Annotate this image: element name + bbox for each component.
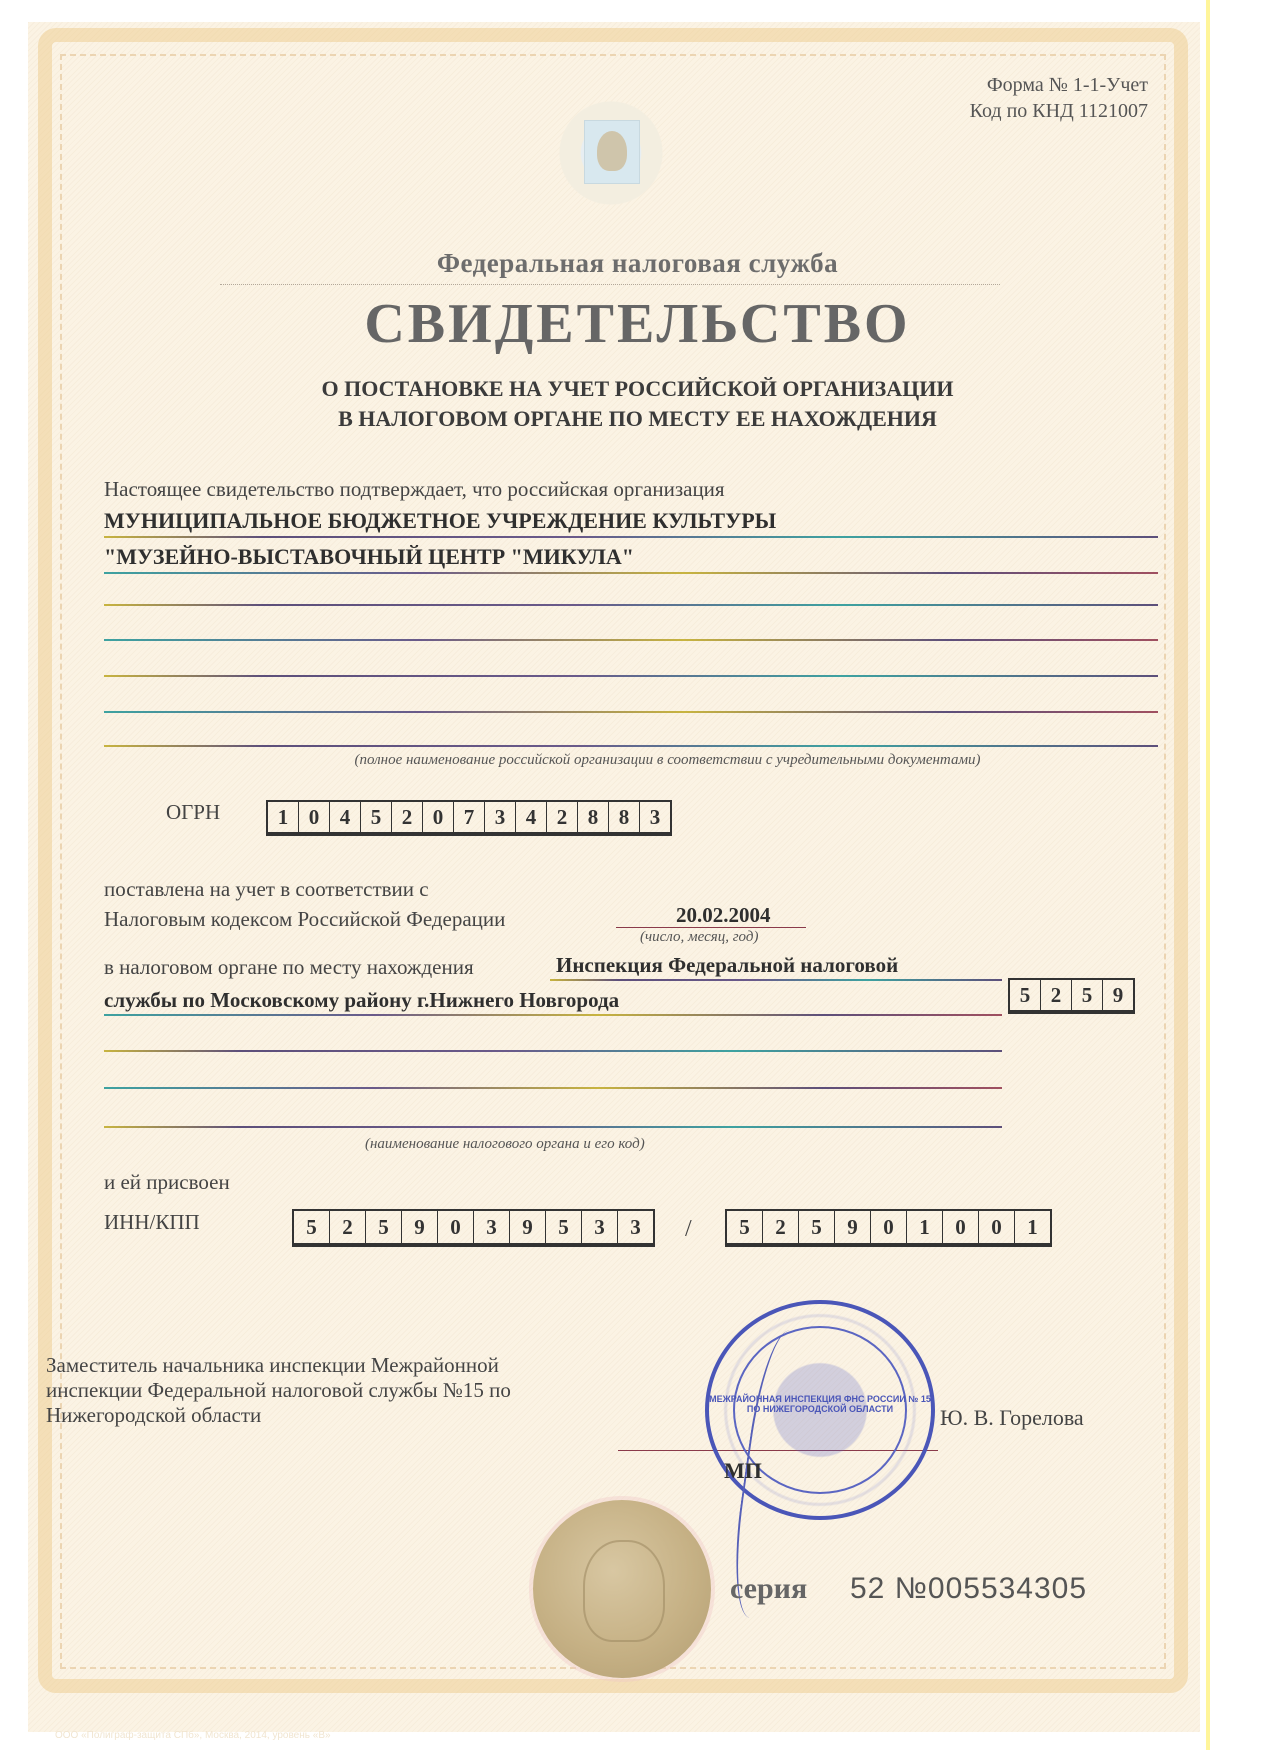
digit-cell: 7 [454, 802, 485, 832]
subtitle-line-1: О ПОСТАНОВКЕ НА УЧЕТ РОССИЙСКОЙ ОРГАНИЗА… [0, 374, 1275, 404]
digit-cell: 0 [979, 1211, 1015, 1243]
ogrn-label: ОГРН [166, 800, 220, 825]
knd-code: Код по КНД 1121007 [970, 98, 1148, 124]
digit-cell: 1 [907, 1211, 943, 1243]
underline [104, 604, 1158, 606]
digit-cell: 8 [578, 802, 609, 832]
stamp-text: МЕЖРАЙОННАЯ ИНСПЕКЦИЯ ФНС РОССИИ № 15 ПО… [709, 1394, 931, 1414]
inn-cells: 5259039533 [292, 1209, 655, 1245]
tax-authority-caption: (наименование налогового органа и его ко… [365, 1136, 645, 1153]
tax-authority-name-line-2: службы по Московскому району г.Нижнего Н… [104, 988, 619, 1013]
digit-cell: 3 [485, 802, 516, 832]
eagle-icon [597, 131, 627, 171]
digit-cell: 0 [438, 1211, 474, 1243]
subtitle-line-2: В НАЛОГОВОМ ОРГАНЕ ПО МЕСТУ ЕЕ НАХОЖДЕНИ… [0, 404, 1275, 434]
digit-cell: 0 [423, 802, 454, 832]
digit-cell: 5 [1010, 980, 1041, 1010]
embossed-seal-icon [533, 1500, 711, 1678]
hologram-emblem-icon [546, 98, 676, 208]
document-title: СВИДЕТЕЛЬСТВО [0, 292, 1275, 356]
digit-cell: 2 [330, 1211, 366, 1243]
position-line-2: инспекции Федеральной налоговой службы №… [46, 1378, 511, 1403]
signatory-position: Заместитель начальника инспекции Межрайо… [46, 1353, 511, 1428]
digit-cell: 2 [392, 802, 423, 832]
underline [550, 979, 1002, 981]
digit-cell: 3 [474, 1211, 510, 1243]
position-line-1: Заместитель начальника инспекции Межрайо… [46, 1353, 511, 1378]
underline [104, 745, 1158, 747]
underline [104, 639, 1158, 641]
serial-number: 52 №005534305 [850, 1572, 1087, 1606]
underline [104, 1087, 1002, 1089]
underline [104, 572, 1158, 574]
digit-cell: 5 [546, 1211, 582, 1243]
digit-cell: 9 [402, 1211, 438, 1243]
digit-cell: 3 [582, 1211, 618, 1243]
official-stamp-icon: МЕЖРАЙОННАЯ ИНСПЕКЦИЯ ФНС РОССИИ № 15 ПО… [705, 1300, 935, 1520]
registration-date: 20.02.2004 [676, 903, 771, 928]
tax-authority-name-line-1: Инспекция Федеральной налоговой [556, 953, 898, 978]
printer-note: ООО «Полиграф-защита СПб», Москва, 2014,… [55, 1730, 331, 1741]
organization-name-line-2: "МУЗЕЙНО-ВЫСТАВОЧНЫЙ ЦЕНТР "МИКУЛА" [104, 544, 634, 570]
registration-line-1: поставлена на учет в соответствии с [104, 877, 429, 902]
signatory-name: Ю. В. Горелова [940, 1405, 1084, 1431]
ogrn-cells: 1045207342883 [266, 800, 672, 834]
inn-kpp-label: ИНН/КПП [104, 1210, 200, 1235]
underline [104, 1126, 1002, 1128]
digit-cell: 3 [618, 1211, 653, 1243]
digit-cell: 5 [361, 802, 392, 832]
kpp-cells: 525901001 [725, 1209, 1052, 1245]
digit-cell: 5 [366, 1211, 402, 1243]
position-line-3: Нижегородской области [46, 1403, 511, 1428]
registration-line-2: Налоговым кодексом Российской Федерации [104, 907, 505, 932]
serial-label: серия [730, 1572, 807, 1606]
form-header: Форма № 1-1-Учет Код по КНД 1121007 [970, 72, 1148, 124]
digit-cell: 2 [1041, 980, 1072, 1010]
document-subtitle: О ПОСТАНОВКЕ НА УЧЕТ РОССИЙСКОЙ ОРГАНИЗА… [0, 374, 1275, 434]
digit-cell: 4 [516, 802, 547, 832]
digit-cell: 5 [727, 1211, 763, 1243]
digit-cell: 5 [799, 1211, 835, 1243]
digit-cell: 4 [330, 802, 361, 832]
underline [104, 675, 1158, 677]
underline [104, 1014, 1002, 1016]
agency-name: Федеральная налоговая служба [0, 248, 1275, 279]
divider [220, 284, 1000, 285]
digit-cell: 5 [1072, 980, 1103, 1010]
digit-cell: 2 [763, 1211, 799, 1243]
digit-cell: 8 [609, 802, 640, 832]
assigned-label: и ей присвоен [104, 1170, 230, 1195]
inn-kpp-separator: / [685, 1216, 692, 1243]
digit-cell: 1 [268, 802, 299, 832]
digit-cell: 0 [299, 802, 330, 832]
digit-cell: 0 [943, 1211, 979, 1243]
digit-cell: 2 [547, 802, 578, 832]
digit-cell: 0 [871, 1211, 907, 1243]
organization-intro: Настоящее свидетельство подтверждает, чт… [104, 477, 725, 502]
digit-cell: 9 [1103, 980, 1133, 1010]
mp-label: МП [724, 1458, 762, 1484]
digit-cell: 9 [510, 1211, 546, 1243]
organization-name-line-1: МУНИЦИПАЛЬНОЕ БЮДЖЕТНОЕ УЧРЕЖДЕНИЕ КУЛЬТ… [104, 508, 776, 534]
tax-authority-intro: в налоговом органе по месту нахождения [104, 955, 474, 980]
underline [104, 711, 1158, 713]
digit-cell: 9 [835, 1211, 871, 1243]
digit-cell: 5 [294, 1211, 330, 1243]
underline [104, 536, 1158, 538]
form-number: Форма № 1-1-Учет [970, 72, 1148, 98]
date-caption: (число, месяц, год) [640, 929, 758, 946]
date-underline [616, 927, 806, 928]
digit-cell: 1 [1015, 1211, 1050, 1243]
tax-authority-code-cells: 5259 [1008, 978, 1135, 1012]
underline [104, 1050, 1002, 1052]
digit-cell: 3 [640, 802, 670, 832]
organization-caption: (полное наименование российской организа… [0, 752, 1275, 769]
